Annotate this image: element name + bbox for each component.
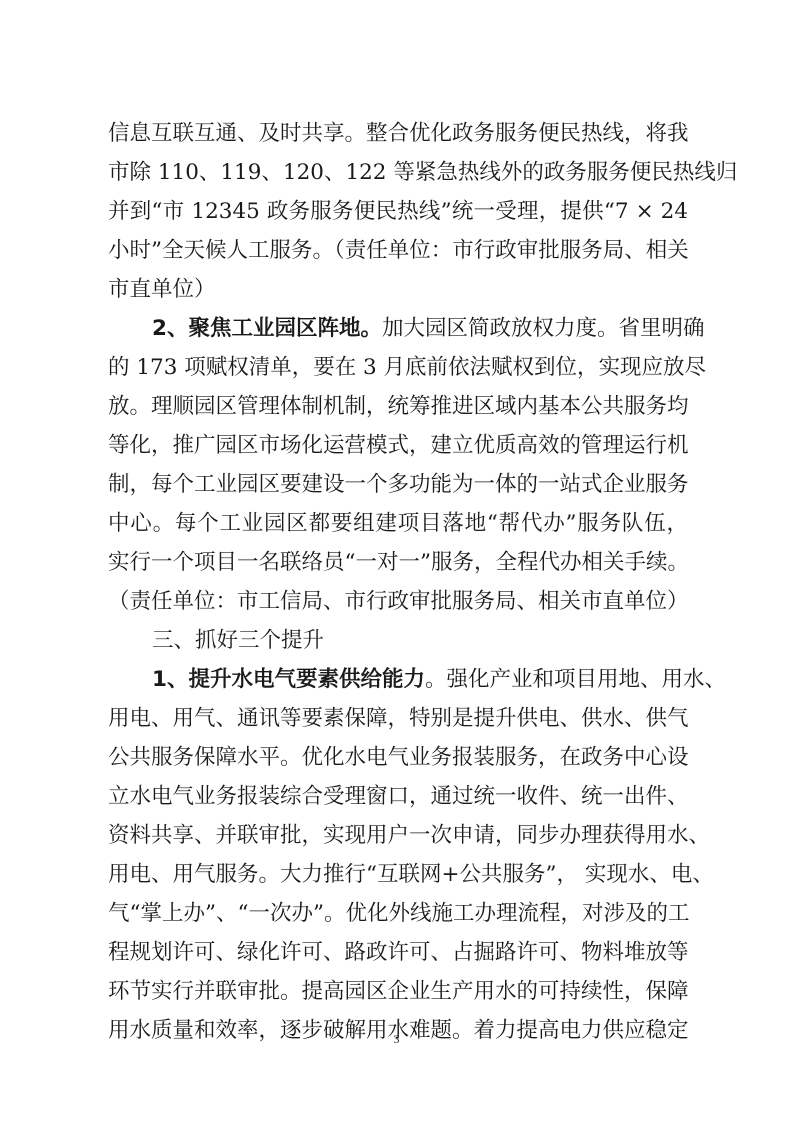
section-2-first-line: 2、聚焦工业园区阵地。加大园区简政放权力度。省里明确: [108, 309, 688, 348]
text-line: 信息互联互通、及时共享。整合优化政务服务便民热线，将我: [108, 114, 688, 153]
text-line: 中心。每个工业园区都要组建项目落地“帮代办”服务队伍，: [108, 504, 688, 543]
text-line: 并到“市 12345 政务服务便民热线”统一受理，提供“7 × 24: [108, 192, 688, 231]
text-line: （责任单位：市工信局、市行政审批服务局、相关市直单位）: [108, 582, 688, 621]
text-span: 。强化产业和项目用地、用水、: [425, 667, 726, 692]
text-line: 立水电气业务报装综合受理窗口，通过统一收件、统一出件、: [108, 777, 688, 816]
text-line: 等化，推广园区市场化运营模式，建立优质高效的管理运行机: [108, 426, 688, 465]
text-line: 用电、用气服务。大力推行“互联网+公共服务”， 实现水、电、: [108, 855, 688, 894]
text-line: 用电、用气、通讯等要素保障，特别是提升供电、供水、供气: [108, 699, 688, 738]
document-page: 信息互联互通、及时共享。整合优化政务服务便民热线，将我 市除 110、119、1…: [108, 114, 688, 1050]
text-line: 实行一个项目一名联络员“一对一”服务，全程代办相关手续。: [108, 543, 688, 582]
text-line: 环节实行并联审批。提高园区企业生产用水的可持续性，保障: [108, 972, 688, 1011]
text-line: 小时”全天候人工服务。（责任单位：市行政审批服务局、相关: [108, 231, 688, 270]
section-3-1-first-line: 1、提升水电气要素供给能力。强化产业和项目用地、用水、: [108, 660, 688, 699]
text-line: 的 173 项赋权清单，要在 3 月底前依法赋权到位，实现应放尽: [108, 348, 688, 387]
text-line: 市直单位）: [108, 270, 688, 309]
text-line: 气“掌上办”、“一次办”。优化外线施工办理流程，对涉及的工: [108, 894, 688, 933]
text-span: 加大园区简政放权力度。省里明确: [382, 316, 705, 341]
section-2-title: 2、聚焦工业园区阵地。: [152, 316, 382, 341]
text-line: 资料共享、并联审批，实现用户一次申请，同步办理获得用水、: [108, 816, 688, 855]
text-line: 放。理顺园区管理体制机制，统筹推进区域内基本公共服务均: [108, 387, 688, 426]
text-line: 公共服务保障水平。优化水电气业务报装服务，在政务中心设: [108, 738, 688, 777]
section-3-1-title: 1、提升水电气要素供给能力: [152, 667, 425, 692]
section-3-heading: 三、抓好三个提升: [108, 621, 688, 660]
text-line: 程规划许可、绿化许可、路政许可、占掘路许可、物料堆放等: [108, 933, 688, 972]
text-line: 制，每个工业园区要建设一个多功能为一体的一站式企业服务: [108, 465, 688, 504]
text-line: 市除 110、119、120、122 等紧急热线外的政务服务便民热线归: [108, 153, 688, 192]
page-number: 3: [0, 1032, 793, 1047]
